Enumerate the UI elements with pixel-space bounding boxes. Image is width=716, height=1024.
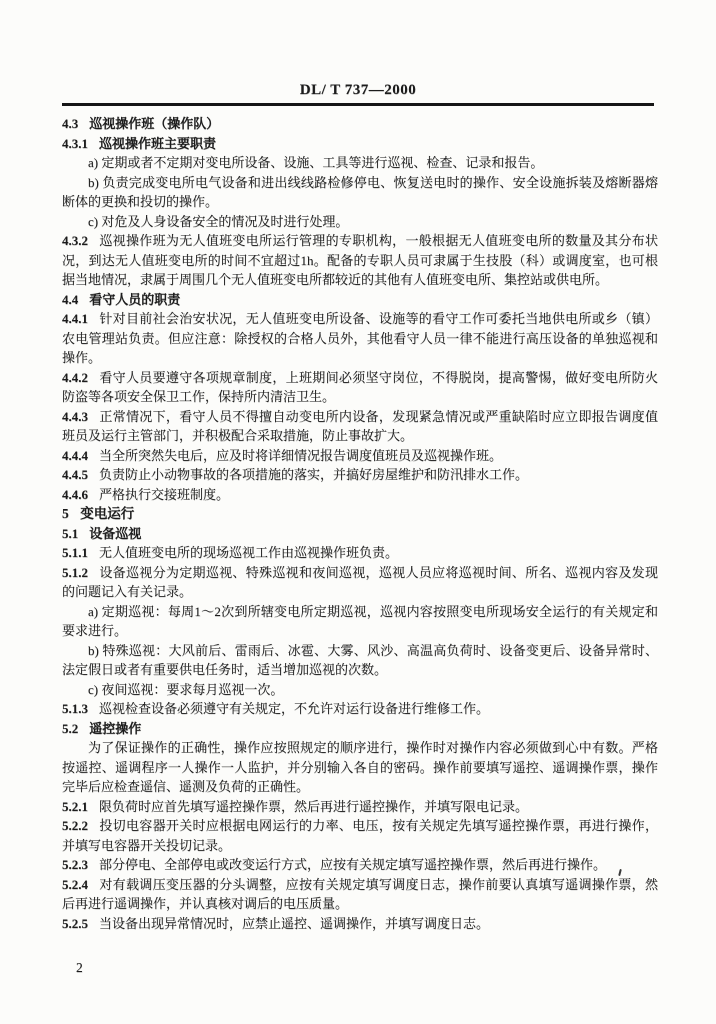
clause-number: 4.4.3: [62, 409, 99, 424]
clause-text: 巡视检查设备必须遵守有关规定，不允许对运行设备进行维修工作。: [99, 701, 489, 716]
paragraph: a) 定期或者不定期对变电所设备、设施、工具等进行巡视、检查、记录和报告。: [62, 153, 658, 173]
clause-text: 投切电容器开关时应根据电网运行的力率、电压，按有关规定先填写遥控操作票，再进行操…: [62, 818, 658, 853]
paragraph: b) 负责完成变电所电气设备和进出线线路检修停电、恢复送电时的操作、安全设施拆装…: [62, 173, 658, 212]
clause-text: 部分停电、全部停电或改变运行方式，应按有关规定填写遥控操作票，然后再进行操作。: [99, 857, 606, 872]
clause-5.1.1: 5.1.1无人值班变电所的现场巡视工作由巡视操作班负责。: [62, 543, 658, 563]
clause-number: 4.4.2: [62, 370, 99, 385]
paragraph: 为了保证操作的正确性，操作应按照规定的顺序进行，操作时对操作内容必须做到心中有数…: [62, 738, 658, 797]
clause-text: 严格执行交接班制度。: [99, 487, 229, 502]
clause-5.1.2: 5.1.2设备巡视分为定期巡视、特殊巡视和夜间巡视，巡视人员应将巡视时间、所名、…: [62, 563, 658, 602]
clause-text: 无人值班变电所的现场巡视工作由巡视操作班负责。: [99, 545, 398, 560]
clause-4.3: 4.3巡视操作班（操作队）: [62, 114, 658, 134]
clause-4.4: 4.4看守人员的职责: [62, 290, 658, 310]
clause-text: 设备巡视: [89, 526, 141, 541]
document-page: DL/ T 737—2000 4.3巡视操作班（操作队）4.3.1巡视操作班主要…: [0, 0, 716, 1024]
clause-number: 5.2.5: [62, 916, 99, 931]
clause-number: 5.1.1: [62, 545, 99, 560]
clause-text: 负责防止小动物事故的各项措施的落实，并搞好房屋维护和防汛排水工作。: [99, 467, 528, 482]
clause-text: 看守人员的职责: [89, 292, 180, 307]
document-body: 4.3巡视操作班（操作队）4.3.1巡视操作班主要职责a) 定期或者不定期对变电…: [62, 114, 658, 933]
page-number: 2: [76, 960, 83, 976]
clause-text: 设备巡视分为定期巡视、特殊巡视和夜间巡视，巡视人员应将巡视时间、所名、巡视内容及…: [62, 565, 658, 600]
clause-number: 4.3.1: [62, 136, 99, 151]
clause-text: 巡视操作班为无人值班变电所运行管理的专职机构，一般根据无人值班变电所的数量及其分…: [62, 233, 658, 287]
header-divider: [62, 103, 654, 106]
clause-number: 5.2: [62, 721, 89, 736]
clause-5.2.1: 5.2.1限负荷时应首先填写遥控操作票，然后再进行遥控操作，并填写限电记录。: [62, 797, 658, 817]
clause-text: 看守人员要遵守各项规章制度，上班期间必须坚守岗位，不得脱岗，提高警惕，做好变电所…: [62, 370, 658, 405]
clause-number: 5.2.4: [62, 877, 99, 892]
clause-text: 正常情况下，看守人员不得擅自动变电所内设备，发现紧急情况或严重缺陷时应立即报告调…: [62, 409, 658, 444]
clause-number: 5.1.3: [62, 701, 99, 716]
clause-number: 4.4.5: [62, 467, 99, 482]
clause-5.2.4: 5.2.4对有载调压变压器的分头调整，应按有关规定填写调度日志，操作前要认真填写…: [62, 875, 658, 914]
clause-text: 对有载调压变压器的分头调整，应按有关规定填写调度日志，操作前要认真填写遥调操作票…: [62, 877, 658, 912]
clause-number: 5.1: [62, 526, 89, 541]
clause-number: 5.2.3: [62, 857, 99, 872]
clause-number: 4.4.6: [62, 487, 99, 502]
paragraph: b) 特殊巡视：大风前后、雷雨后、冰雹、大雾、风沙、高温高负荷时、设备变更后、设…: [62, 641, 658, 680]
clause-number: 4.4.4: [62, 448, 99, 463]
clause-number: 5.2.1: [62, 799, 99, 814]
clause-text: 针对目前社会治安状况，无人值班变电所设备、设施等的看守工作可委托当地供电所或乡（…: [62, 311, 658, 365]
clause-text: 巡视操作班（操作队）: [89, 116, 219, 131]
clause-text: 限负荷时应首先填写遥控操作票，然后再进行遥控操作，并填写限电记录。: [99, 799, 528, 814]
clause-5.1: 5.1设备巡视: [62, 524, 658, 544]
clause-4.4.6: 4.4.6严格执行交接班制度。: [62, 485, 658, 505]
clause-4.3.1: 4.3.1巡视操作班主要职责: [62, 134, 658, 154]
paragraph: c) 对危及人身设备安全的情况及时进行处理。: [62, 212, 658, 232]
clause-text: 巡视操作班主要职责: [99, 136, 216, 151]
paragraph: a) 定期巡视：每周1～2次到所辖变电所定期巡视，巡视内容按照变电所现场安全运行…: [62, 602, 658, 641]
clause-5.2.3: 5.2.3部分停电、全部停电或改变运行方式，应按有关规定填写遥控操作票，然后再进…: [62, 855, 658, 875]
clause-5: 5变电运行: [62, 504, 658, 524]
paragraph: c) 夜间巡视：要求每月巡视一次。: [62, 680, 658, 700]
clause-number: 4.4: [62, 292, 89, 307]
clause-number: 4.3: [62, 116, 89, 131]
clause-text: 遥控操作: [89, 721, 141, 736]
clause-5.1.3: 5.1.3巡视检查设备必须遵守有关规定，不允许对运行设备进行维修工作。: [62, 699, 658, 719]
clause-4.4.5: 4.4.5负责防止小动物事故的各项措施的落实，并搞好房屋维护和防汛排水工作。: [62, 465, 658, 485]
clause-number: 4.3.2: [62, 233, 99, 248]
standard-number-header: DL/ T 737—2000: [0, 82, 716, 99]
clause-4.3.2: 4.3.2巡视操作班为无人值班变电所运行管理的专职机构，一般根据无人值班变电所的…: [62, 231, 658, 290]
clause-text: 当全所突然失电后，应及时将详细情况报告调度值班员及巡视操作班。: [99, 448, 502, 463]
clause-5.2.5: 5.2.5当设备出现异常情况时，应禁止遥控、遥调操作，并填写调度日志。: [62, 914, 658, 934]
clause-4.4.4: 4.4.4当全所突然失电后，应及时将详细情况报告调度值班员及巡视操作班。: [62, 446, 658, 466]
clause-4.4.3: 4.4.3正常情况下，看守人员不得擅自动变电所内设备，发现紧急情况或严重缺陷时应…: [62, 407, 658, 446]
clause-number: 4.4.1: [62, 311, 99, 326]
clause-4.4.2: 4.4.2看守人员要遵守各项规章制度，上班期间必须坚守岗位，不得脱岗，提高警惕，…: [62, 368, 658, 407]
clause-number: 5: [62, 506, 80, 521]
clause-5.2: 5.2遥控操作: [62, 719, 658, 739]
clause-number: 5.1.2: [62, 565, 99, 580]
clause-4.4.1: 4.4.1针对目前社会治安状况，无人值班变电所设备、设施等的看守工作可委托当地供…: [62, 309, 658, 368]
clause-5.2.2: 5.2.2投切电容器开关时应根据电网运行的力率、电压，按有关规定先填写遥控操作票…: [62, 816, 658, 855]
clause-number: 5.2.2: [62, 818, 99, 833]
clause-text: 当设备出现异常情况时，应禁止遥控、遥调操作，并填写调度日志。: [99, 916, 489, 931]
clause-text: 变电运行: [80, 506, 134, 521]
